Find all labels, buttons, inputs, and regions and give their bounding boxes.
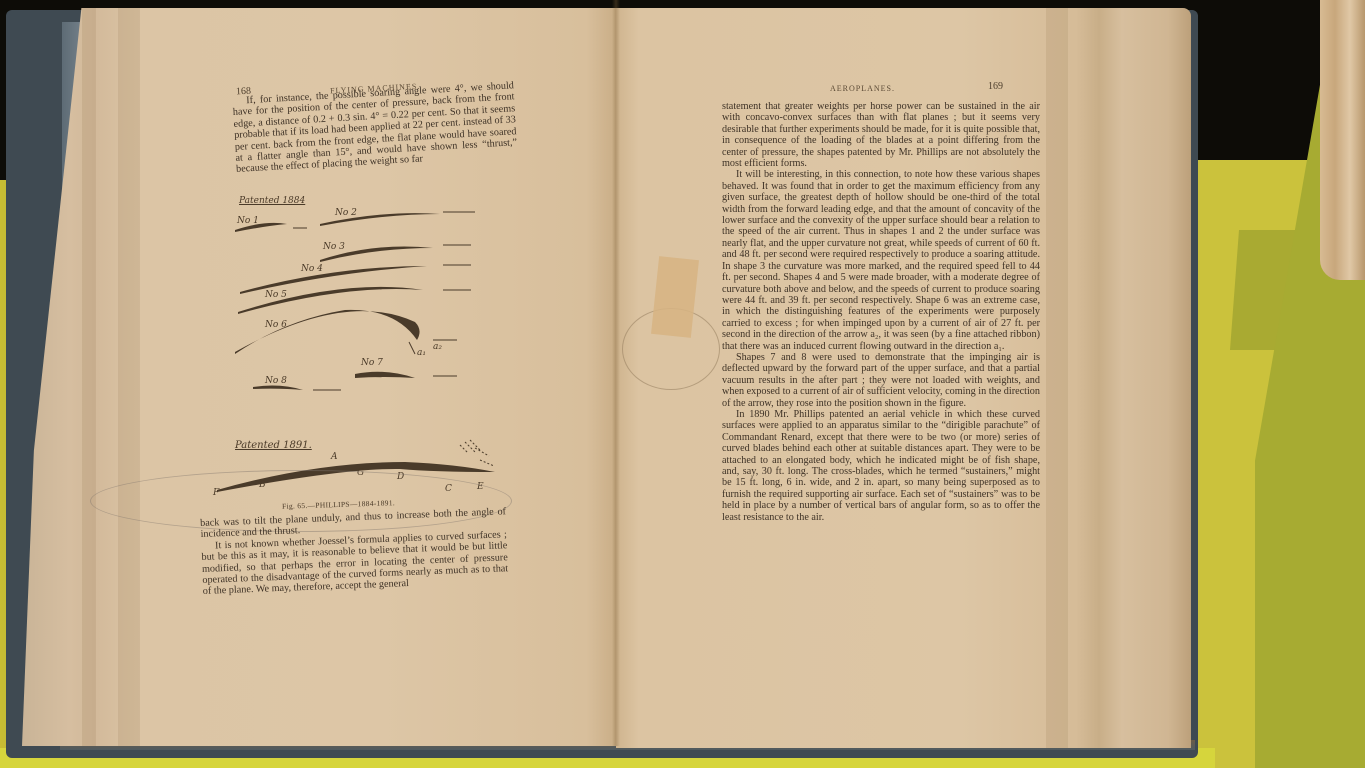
paragraph: Shapes 7 and 8 were used to demonstrate … <box>722 352 1040 409</box>
left-bottom-paragraphs: back was to tilt the plane unduly, and t… <box>200 506 509 598</box>
heading-patented-1891: Patented 1891. <box>235 440 312 451</box>
page-stripe <box>1046 8 1068 748</box>
page-number-right: 169 <box>988 81 1003 92</box>
point-label-a: A <box>331 452 338 462</box>
shape-label-3: No 3 <box>323 242 345 252</box>
paragraph: If, for instance, the possible soaring a… <box>232 80 518 175</box>
shape-label-4: No 4 <box>301 264 323 274</box>
arrow-label-a1: a₁ <box>417 348 426 358</box>
shape-label-8: No 8 <box>265 376 287 386</box>
shape-label-6: No 6 <box>265 320 287 330</box>
arrow-label-a2: a₂ <box>433 342 442 352</box>
shape-label-5: No 5 <box>265 290 287 300</box>
shape-label-1: No 1 <box>237 216 259 226</box>
right-page-text: statement that greater weights per horse… <box>722 101 1040 523</box>
book-gutter <box>612 0 620 746</box>
page-stripe <box>82 8 96 746</box>
paragraph: statement that greater weights per horse… <box>722 101 1040 169</box>
adjacent-book-edge <box>1320 0 1365 280</box>
shape-label-2: No 2 <box>335 208 357 218</box>
shape-label-7: No 7 <box>361 358 383 368</box>
heading-patented-1884: Patented 1884 <box>239 196 305 206</box>
tape-piece <box>651 256 699 338</box>
paragraph: It will be interesting, in this connecti… <box>722 169 1040 352</box>
running-head-right: AEROPLANES. <box>830 84 895 93</box>
left-top-paragraph: If, for instance, the possible soaring a… <box>232 80 518 175</box>
paragraph: It is not known whether Joessel’s formul… <box>201 529 509 598</box>
paragraph: In 1890 Mr. Phillips patented an aerial … <box>722 409 1040 523</box>
page-stripe <box>118 8 140 746</box>
